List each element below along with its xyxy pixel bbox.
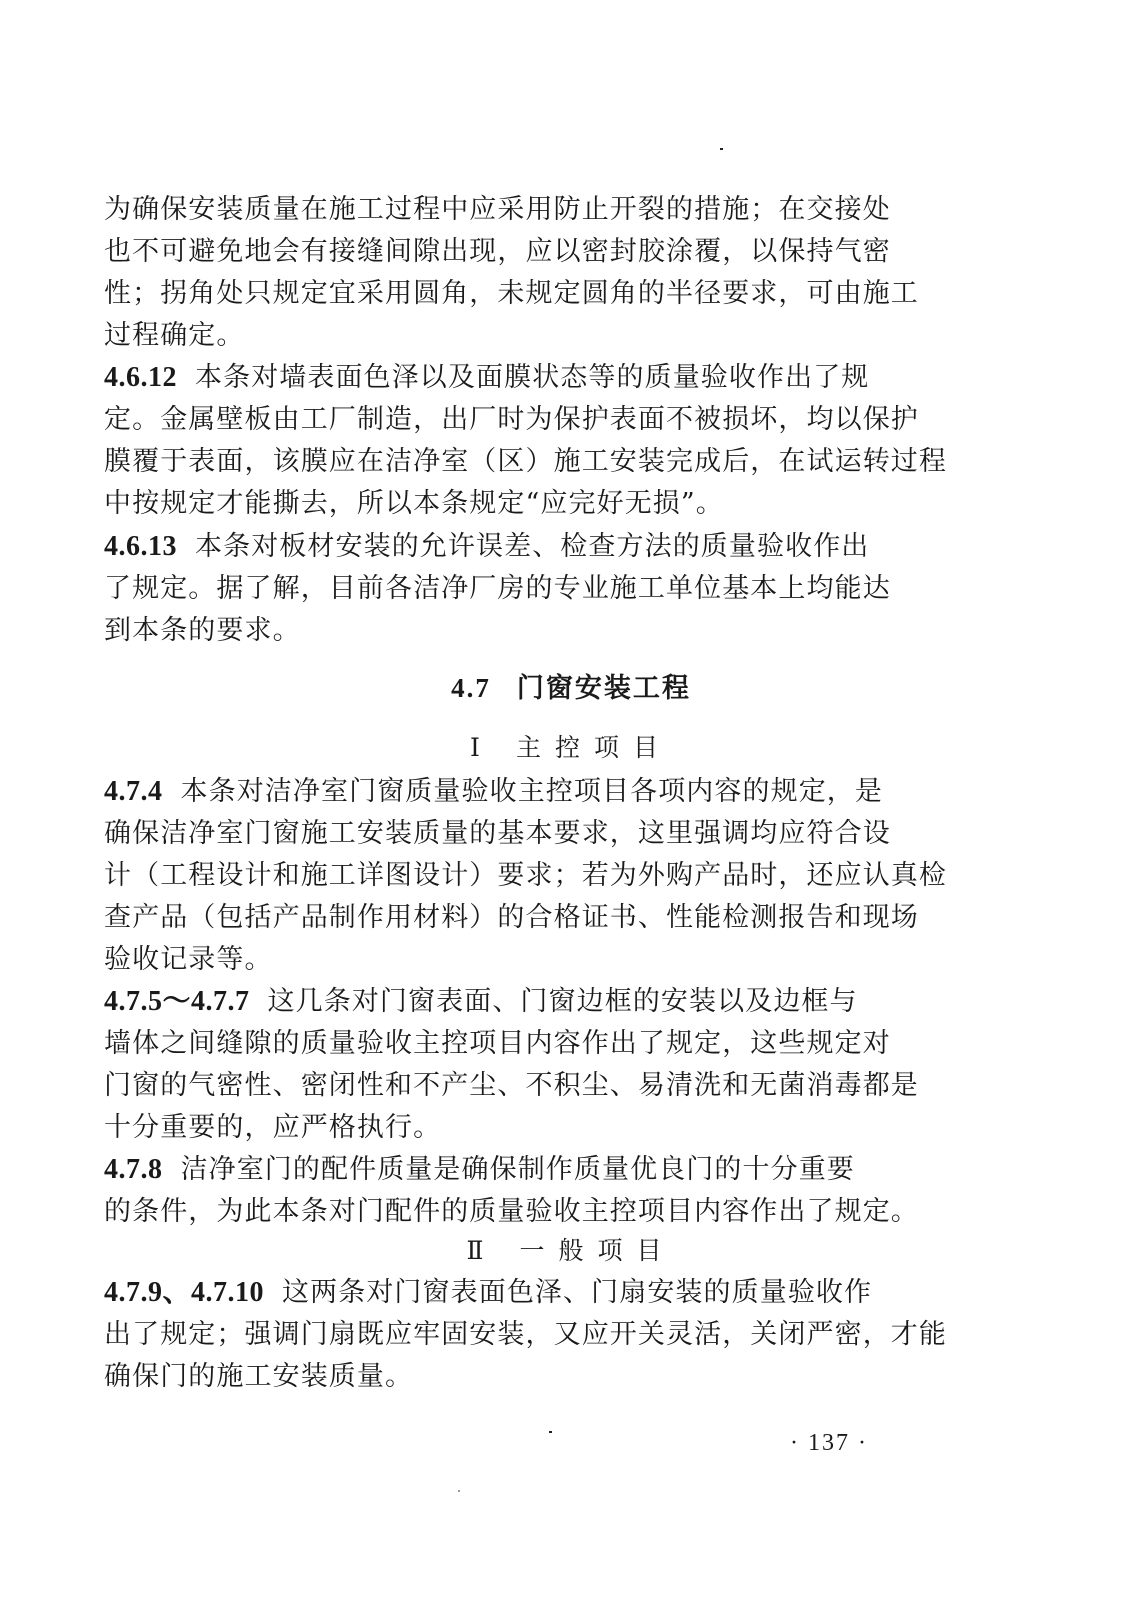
clause-number: 4.7.4: [104, 776, 163, 807]
body-text-line: 的条件，为此本条对门配件的质量验收主控项目内容作出了规定。: [104, 1191, 894, 1233]
clause-number: 4.7.5～4.7.7: [104, 986, 250, 1017]
clause-number: 4.7.8: [104, 1154, 163, 1185]
clause-4-7-8: 4.7.8洁净室门的配件质量是确保制作质量优良门的十分重要: [104, 1149, 894, 1191]
page-number: · 137 ·: [790, 1426, 868, 1460]
body-text-line: 查产品（包括产品制作用材料）的合格证书、性能检测报告和现场: [104, 897, 894, 939]
section-number: 4.7: [451, 673, 491, 703]
clause-number: 4.6.12: [104, 362, 177, 393]
body-text-line: 十分重要的，应严格执行。: [104, 1107, 894, 1149]
body-text-line: 性；拐角处只规定宜采用圆角，未规定圆角的半径要求，可由施工: [104, 273, 894, 315]
body-text-line: 确保门的施工安装质量。: [104, 1356, 894, 1398]
body-text-line: 确保洁净室门窗施工安装质量的基本要求，这里强调均应符合设: [104, 813, 894, 855]
body-text-line: 出了规定；强调门扇既应牢固安装，又应开关灵活，关闭严密，才能: [104, 1314, 894, 1356]
sub-heading-general-items: Ⅱ一般项目: [0, 1231, 1142, 1272]
body-text-line: 到本条的要求。: [104, 610, 894, 652]
clause-text: 这几条对门窗表面、门窗边框的安装以及边框与: [268, 986, 858, 1017]
clause-text: 洁净室门的配件质量是确保制作质量优良门的十分重要: [181, 1154, 855, 1185]
clause-text: 本条对洁净室门窗质量验收主控项目各项内容的规定，是: [181, 776, 884, 807]
clause-text: 这两条对门窗表面色泽、门扇安装的质量验收作: [282, 1277, 872, 1308]
scan-speck: [549, 1431, 552, 1433]
clause-4-7-9-and-4-7-10: 4.7.9、4.7.10这两条对门窗表面色泽、门扇安装的质量验收作: [104, 1272, 894, 1314]
body-text-line: 也不可避免地会有接缝间隙出现，应以密封胶涂覆，以保持气密: [104, 231, 894, 273]
clause-number: 4.6.13: [104, 531, 177, 562]
body-text-line: 过程确定。: [104, 315, 894, 357]
body-text-line: 膜覆于表面，该膜应在洁净室（区）施工安装完成后，在试运转过程: [104, 441, 894, 483]
section-heading: 4.7门窗安装工程: [0, 667, 1142, 710]
body-text-line: 计（工程设计和施工详图设计）要求；若为外购产品时，还应认真检: [104, 855, 894, 897]
clause-number: 4.7.9、4.7.10: [104, 1277, 264, 1308]
body-text-line: 中按规定才能撕去，所以本条规定“应完好无损”。: [104, 483, 894, 525]
body-text-line: 了规定。据了解，目前各洁净厂房的专业施工单位基本上均能达: [104, 568, 894, 610]
roman-numeral: Ⅰ: [470, 735, 480, 762]
clause-4-6-12: 4.6.12本条对墙表面色泽以及面膜状态等的质量验收作出了规: [104, 357, 894, 399]
clause-4-7-4: 4.7.4本条对洁净室门窗质量验收主控项目各项内容的规定，是: [104, 771, 894, 813]
scan-speck: [458, 1490, 460, 1492]
clause-4-6-13: 4.6.13本条对板材安装的允许误差、检查方法的质量验收作出: [104, 526, 894, 568]
clause-text: 本条对板材安装的允许误差、检查方法的质量验收作出: [195, 531, 869, 562]
sub-heading-main-control-items: Ⅰ主控项目: [0, 728, 1142, 769]
document-page: 为确保安装质量在施工过程中应采用防止开裂的措施；在交接处 也不可避免地会有接缝间…: [0, 0, 1142, 1600]
body-text-line: 门窗的气密性、密闭性和不产尘、不积尘、易清洗和无菌消毒都是: [104, 1065, 894, 1107]
sub-heading-title: 主控项目: [516, 733, 672, 762]
scan-speck: [720, 148, 723, 150]
roman-numeral: Ⅱ: [466, 1238, 483, 1265]
sub-heading-title: 一般项目: [519, 1236, 675, 1265]
section-title: 门窗安装工程: [517, 673, 691, 704]
clause-4-7-5-to-4-7-7: 4.7.5～4.7.7这几条对门窗表面、门窗边框的安装以及边框与: [104, 981, 894, 1023]
body-text-line: 墙体之间缝隙的质量验收主控项目内容作出了规定，这些规定对: [104, 1023, 894, 1065]
clause-text: 本条对墙表面色泽以及面膜状态等的质量验收作出了规: [195, 362, 869, 393]
body-text-line: 验收记录等。: [104, 939, 894, 981]
body-text-line: 定。金属壁板由工厂制造，出厂时为保护表面不被损坏，均以保护: [104, 399, 894, 441]
body-text-line: 为确保安装质量在施工过程中应采用防止开裂的措施；在交接处: [104, 189, 894, 231]
